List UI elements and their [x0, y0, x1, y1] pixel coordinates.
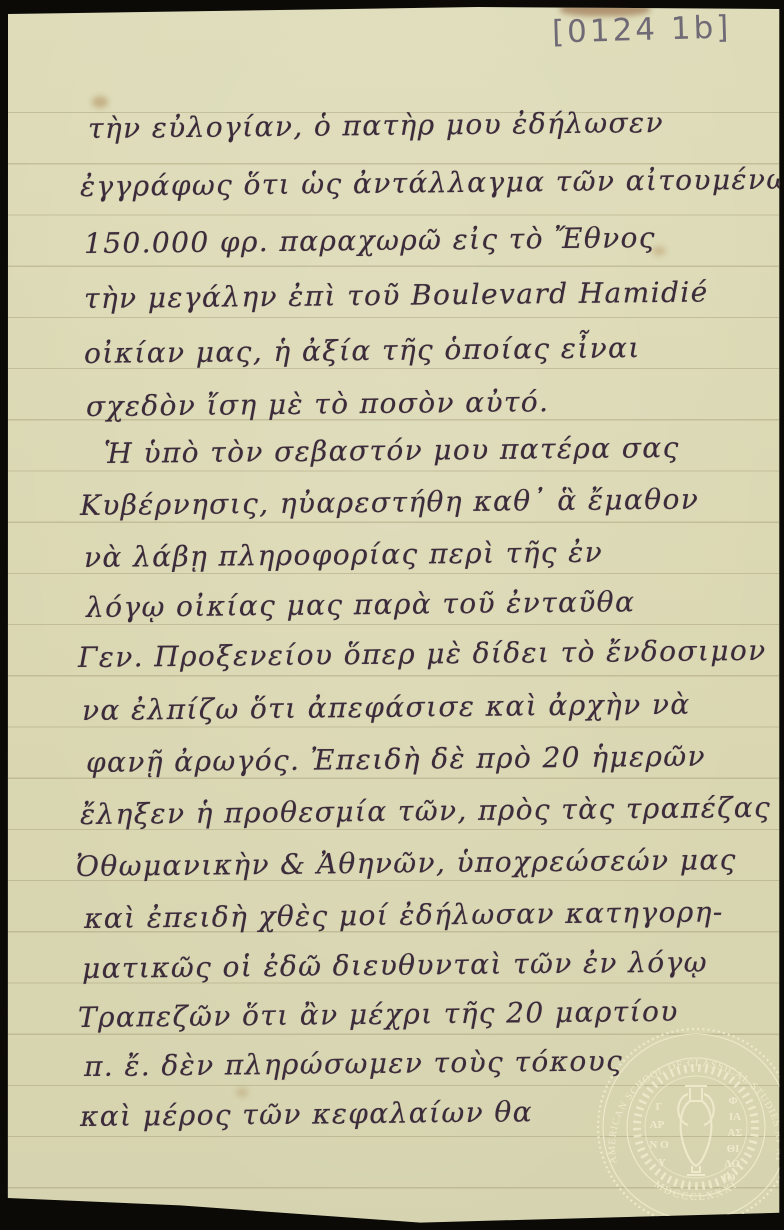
handwriting-line: φανῇ ἀρωγός. Ἐπειδὴ δὲ πρὸ 20 ἡμερῶν — [86, 740, 706, 779]
handwriting-line: ματικῶς οἱ ἐδῶ διευθυνταὶ τῶν ἐν λόγῳ — [82, 945, 708, 985]
handwriting-line: καὶ ἐπειδὴ χθὲς μοί ἐδήλωσαν κατηγορη- — [84, 895, 724, 935]
handwriting-line: π. ἔ. δὲν πληρώσωμεν τοὺς τόκους — [84, 1044, 623, 1083]
handwriting-line: νὰ λάβῃ πληροφορίας περὶ τῆς ἐν — [84, 536, 603, 574]
handwriting-line: Γεν. Προξενείου ὅπερ μὲ δίδει τὸ ἔνδοσιμ… — [78, 634, 767, 674]
handwriting-line: Ὀθωμανικὴν & Ἀθηνῶν, ὑποχρεώσεών μας — [76, 843, 737, 883]
handwriting-line: να ἐλπίζω ὅτι ἀπεφάσισε καὶ ἀρχὴν νὰ — [82, 688, 691, 727]
handwriting-line: τὴν εὐλογίαν, ὁ πατὴρ μου ἐδήλωσεν — [88, 106, 664, 145]
handwriting-line: οἰκίαν μας, ἡ ἀξία τῆς ὁποίας εἶναι — [84, 331, 641, 370]
handwriting-line: τὴν μεγάλην ἐπὶ τοῦ Boulevard Hamidié — [84, 275, 709, 315]
handwriting-line: καὶ μέρος τῶν κεφαλαίων θα — [80, 1095, 533, 1133]
manuscript-text: τὴν εὐλογίαν, ὁ πατὴρ μου ἐδήλωσεν ἐγγρά… — [0, 0, 784, 1230]
handwriting-line: 150.000 φρ. παραχωρῶ εἰς τὸ Ἔθνος — [84, 221, 656, 260]
handwriting-line: Ἡ ὑπὸ τὸν σεβαστόν μου πατέρα σας — [104, 431, 680, 470]
handwriting-line: ἔληξεν ἡ προθεσμία τῶν, πρὸς τὰς τραπέζα… — [80, 791, 771, 831]
handwriting-line: σχεδὸν ἴση μὲ τὸ ποσὸν αὐτό. — [86, 385, 550, 423]
handwriting-line: Τραπεζῶν ὅτι ἂν μέχρι τῆς 20 μαρτίου — [78, 995, 679, 1034]
handwriting-line: λόγῳ οἰκίας μας παρὰ τοῦ ἐνταῦθα — [86, 585, 636, 624]
letter-page: AMERICAN SCHOOL OF CLASSICAL STUDIES AT … — [0, 0, 784, 1230]
handwriting-line: Κυβέρνησις, ηὐαρεστήθη καθ᾿ ἃ ἔμαθον — [80, 483, 700, 522]
handwriting-line: ἐγγράφως ὅτι ὡς ἀντάλλαγμα τῶν αἰτουμένω… — [80, 162, 784, 203]
